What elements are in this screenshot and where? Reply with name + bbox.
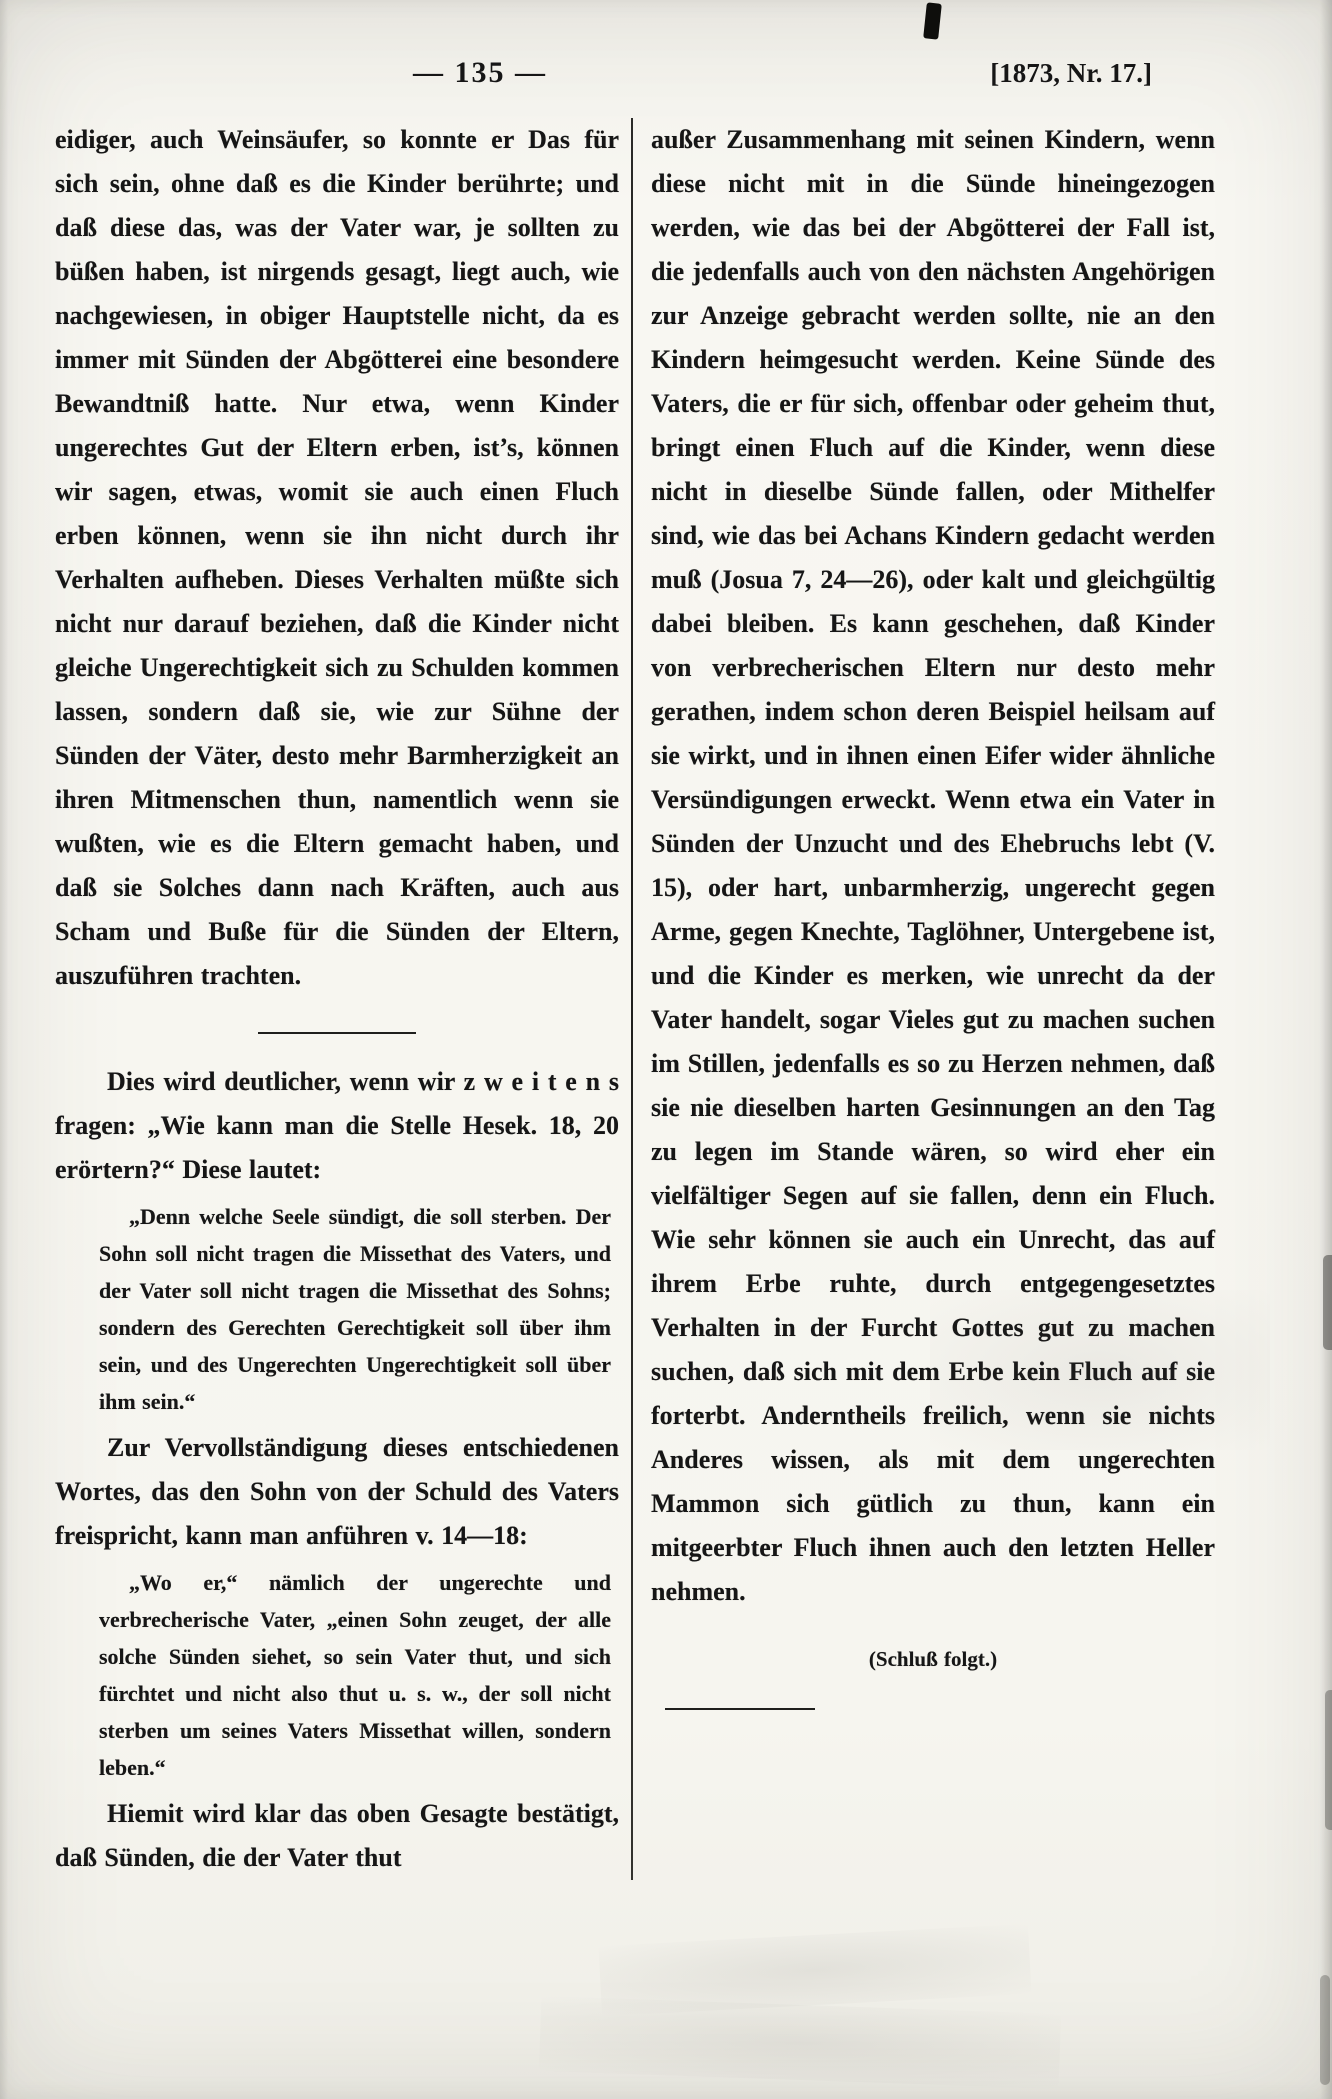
paragraph: eidiger, auch Weinsäufer, so konnte er D… xyxy=(55,118,619,998)
paragraph: Dies wird deutlicher, wenn wir z w e i t… xyxy=(55,1060,619,1192)
paragraph: Hiemit wird klar das oben Gesagte bestät… xyxy=(55,1792,619,1880)
scan-artifact xyxy=(1320,0,1332,2099)
closing-note: (Schluß folgt.) xyxy=(651,1644,1215,1674)
text-columns: eidiger, auch Weinsäufer, so konnte er D… xyxy=(55,118,1215,1880)
left-column: eidiger, auch Weinsäufer, so konnte er D… xyxy=(55,118,631,1880)
section-divider xyxy=(258,1032,416,1034)
page-number: — 135 — xyxy=(413,56,547,90)
closing-divider xyxy=(665,1708,815,1710)
paragraph: Zur Vervollständigung dieses entschieden… xyxy=(55,1426,619,1558)
scan-artifact xyxy=(539,1996,1061,2089)
paragraph: außer Zusammenhang mit seinen Kindern, w… xyxy=(651,118,1215,1614)
right-column: außer Zusammenhang mit seinen Kindern, w… xyxy=(633,118,1215,1880)
blockquote: „Wo er,“ nämlich der ungerechte und verb… xyxy=(99,1564,611,1786)
scan-artifact xyxy=(1323,1255,1332,1350)
scanned-page: — 135 — [1873, Nr. 17.] eidiger, auch We… xyxy=(0,0,1332,2099)
blockquote: „Denn welche Seele sündigt, die soll ste… xyxy=(99,1198,611,1420)
scan-artifact xyxy=(0,0,8,2099)
scan-artifact xyxy=(1325,1690,1332,1830)
scan-artifact xyxy=(923,2,942,39)
scan-artifact xyxy=(1320,1975,1330,2085)
issue-reference: [1873, Nr. 17.] xyxy=(990,58,1152,89)
scan-artifact xyxy=(598,1924,1031,2016)
